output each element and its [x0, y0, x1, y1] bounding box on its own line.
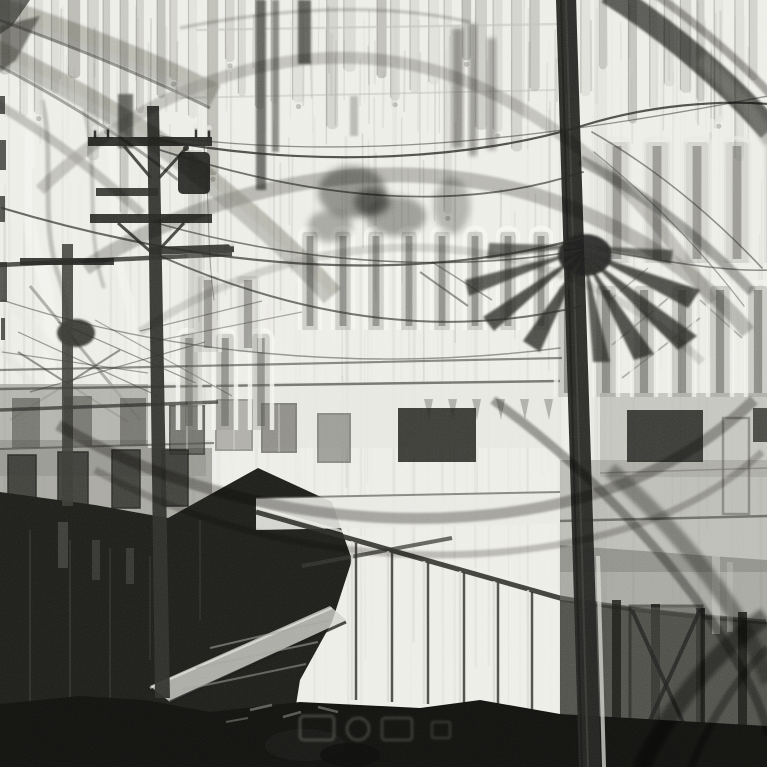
grain-overlay	[0, 0, 767, 767]
artwork	[0, 0, 767, 767]
film-grain	[0, 0, 767, 767]
artwork-svg	[0, 0, 767, 767]
